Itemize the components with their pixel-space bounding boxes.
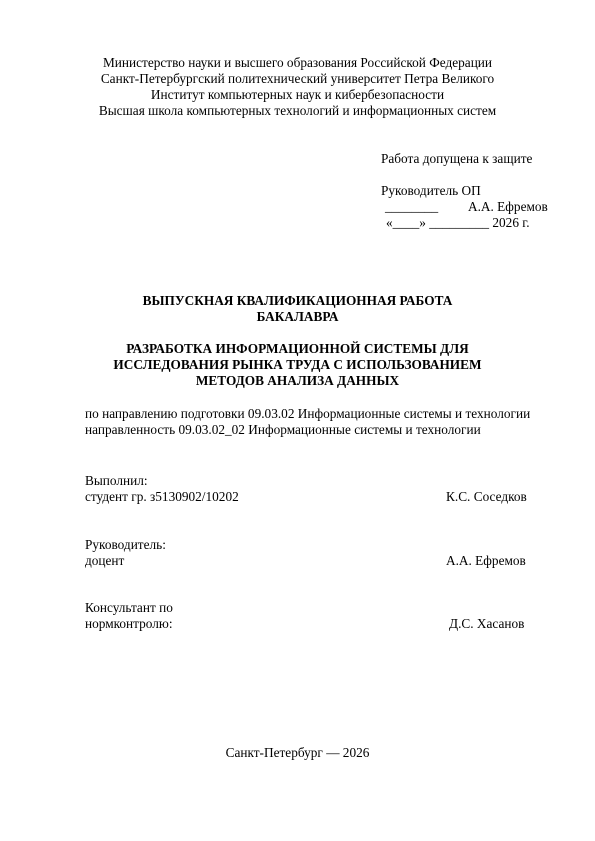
signature-line: ________: [385, 199, 438, 215]
admitted-to-defense: Работа допущена к защите: [381, 151, 532, 167]
supervisor-position: доцент: [85, 553, 124, 569]
consultant-role-label-2: нормконтролю:: [85, 616, 173, 632]
topic-line-1: РАЗРАБОТКА ИНФОРМАЦИОННОЙ СИСТЕМЫ ДЛЯ: [0, 341, 595, 357]
student-name: К.С. Соседков: [446, 489, 527, 505]
program-head-name: А.А. Ефремов: [468, 199, 548, 215]
university-line: Санкт-Петербургский политехнический унив…: [0, 71, 595, 87]
approval-date-line: «____» _________ 2026 г.: [386, 215, 530, 231]
consultant-role-label: Консультант по: [85, 600, 173, 616]
supervisor-role-label: Руководитель:: [85, 537, 166, 553]
program-head-title: Руководитель ОП: [381, 183, 481, 199]
supervisor-name: А.А. Ефремов: [446, 553, 526, 569]
direction-line: по направлению подготовки 09.03.02 Инфор…: [85, 406, 530, 422]
work-type-line-2: БАКАЛАВРА: [0, 309, 595, 325]
ministry-line: Министерство науки и высшего образования…: [0, 55, 595, 71]
student-role-label: Выполнил:: [85, 473, 148, 489]
student-group: студент гр. з5130902/10202: [85, 489, 239, 505]
topic-line-2: ИССЛЕДОВАНИЯ РЫНКА ТРУДА С ИСПОЛЬЗОВАНИЕ…: [0, 357, 595, 373]
city-year: Санкт-Петербург — 2026: [0, 745, 595, 761]
work-type-line-1: ВЫПУСКНАЯ КВАЛИФИКАЦИОННАЯ РАБОТА: [0, 293, 595, 309]
school-line: Высшая школа компьютерных технологий и и…: [0, 103, 595, 119]
institute-line: Институт компьютерных наук и кибербезопа…: [0, 87, 595, 103]
consultant-name: Д.С. Хасанов: [449, 616, 524, 632]
topic-line-3: МЕТОДОВ АНАЛИЗА ДАННЫХ: [0, 373, 595, 389]
specialization-line: направленность 09.03.02_02 Информационны…: [85, 422, 481, 438]
